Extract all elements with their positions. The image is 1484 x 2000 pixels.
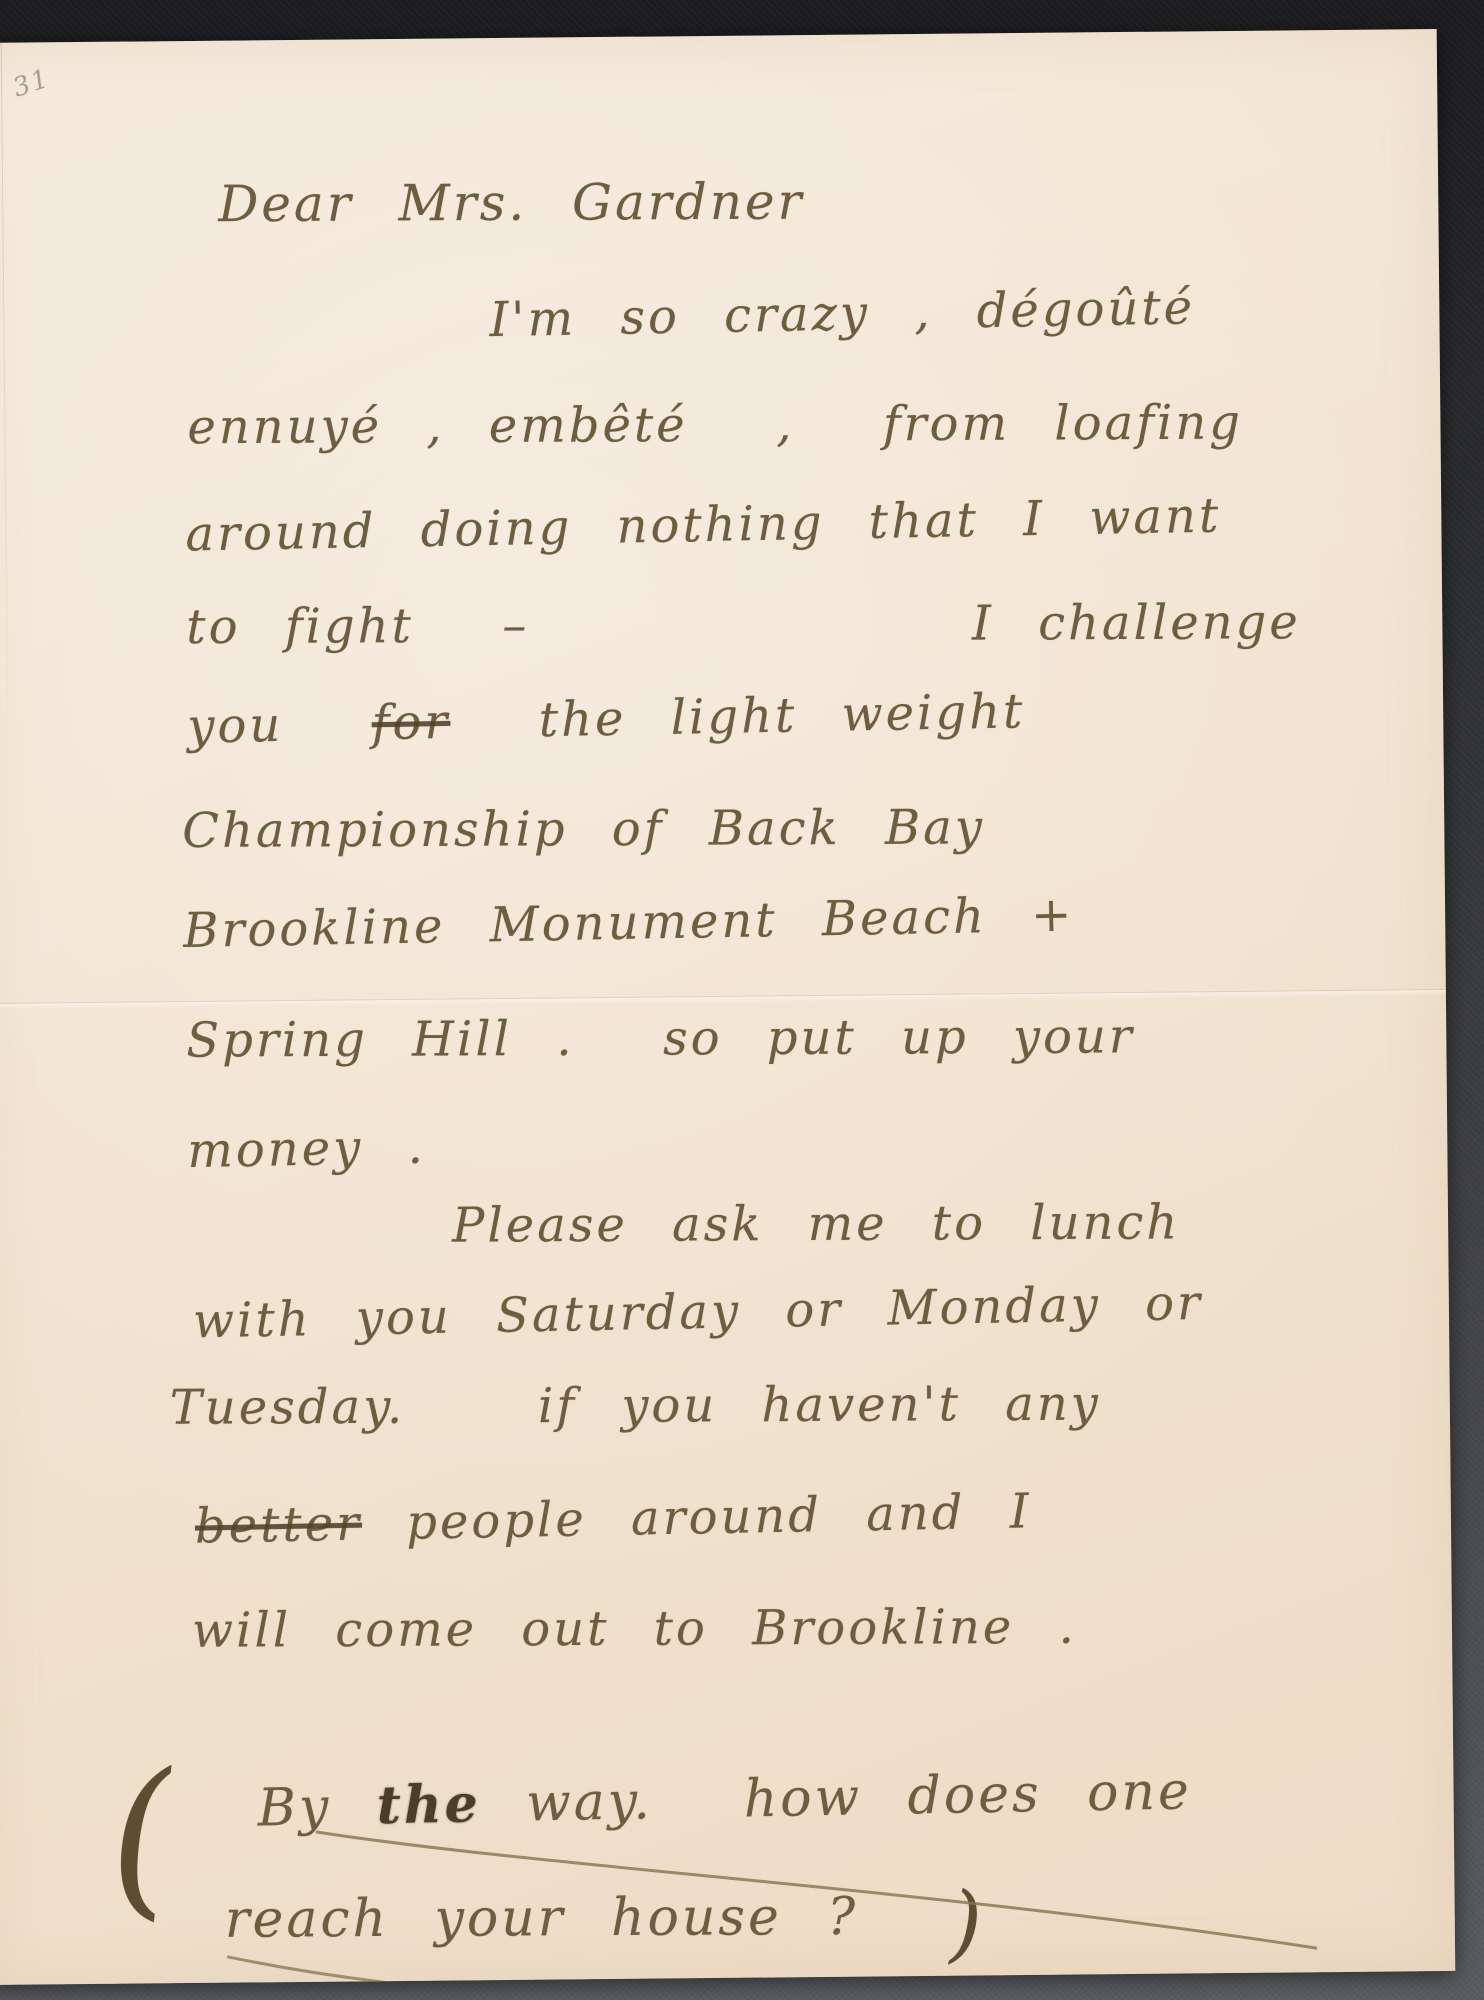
handwritten-line: to fight – I challenge [186, 598, 1301, 651]
handwriting-text: Tuesday. if you haven't any [170, 1376, 1101, 1436]
handwritten-line: Brookline Monument Beach + [183, 891, 1075, 955]
struck-word: better [194, 1496, 362, 1555]
handwriting-text: Brookline Monument Beach + [183, 887, 1075, 959]
letter-salutation: Dear Mrs. Gardner [218, 177, 804, 230]
handwritten-line: Tuesday. if you haven't any [170, 1380, 1101, 1432]
handwriting-text: Championship of Back Bay [182, 799, 985, 859]
handwritten-line: I'm so crazy , dégoûté [489, 283, 1195, 344]
handwritten-line: reach your house ? ) [225, 1890, 986, 1945]
handwriting-text: Please ask me to lunch [452, 1194, 1180, 1253]
handwriting-text: to fight – I challenge [186, 594, 1301, 655]
paper-edge-crease [1, 43, 9, 803]
handwriting-text: Spring Hill . so put up your [186, 1008, 1135, 1068]
handwriting-text: you [187, 695, 372, 754]
handwriting-text: with you Saturday or Monday or [193, 1275, 1204, 1350]
closing-parenthesis: ) [949, 1873, 985, 1971]
handwriting-text: I'm so crazy , dégoûté [489, 279, 1196, 348]
handwriting-text: around doing nothing that I want [185, 488, 1222, 563]
handwritten-line: better people around and I [195, 1487, 1033, 1550]
handwriting-text: reach your house ? [225, 1887, 950, 1950]
handwriting-text: the [376, 1773, 481, 1836]
handwritten-line: Spring Hill . so put up your [186, 1012, 1135, 1064]
handwritten-line: By the way. how does one [257, 1765, 1192, 1834]
handwritten-line: will come out to Brookline . [192, 1603, 1077, 1655]
scan-background: 31 Dear Mrs. Gardner I'm so crazy , dégo… [0, 0, 1484, 2000]
handwriting-text: way. how does one [480, 1761, 1192, 1834]
handwriting-text: By [257, 1776, 377, 1838]
struck-word: for [371, 694, 451, 751]
handwriting-text: ennuyé , embêté , from loafing [187, 395, 1243, 456]
handwritten-line: Championship of Back Bay [182, 803, 985, 855]
handwritten-line: with you Saturday or Monday or [193, 1279, 1204, 1346]
pencil-page-number: 31 [9, 63, 54, 103]
handwriting-text: Dear Mrs. Gardner [218, 173, 804, 234]
handwriting-text: money . [187, 1119, 426, 1179]
handwriting-text: the light weight [450, 683, 1026, 750]
handwritten-line: ennuyé , embêté , from loafing [187, 399, 1243, 452]
handwritten-line: around doing nothing that I want [185, 492, 1222, 559]
handwritten-line: Please ask me to lunch [452, 1198, 1180, 1249]
handwritten-line: money . [187, 1123, 426, 1175]
handwritten-line: you for the light weight [187, 687, 1026, 750]
handwriting-text: will come out to Brookline . [192, 1599, 1077, 1659]
handwriting-text: people around and I [362, 1483, 1033, 1551]
opening-parenthesis: ( [101, 1751, 181, 1926]
letter-paper: 31 Dear Mrs. Gardner I'm so crazy , dégo… [0, 29, 1455, 1985]
